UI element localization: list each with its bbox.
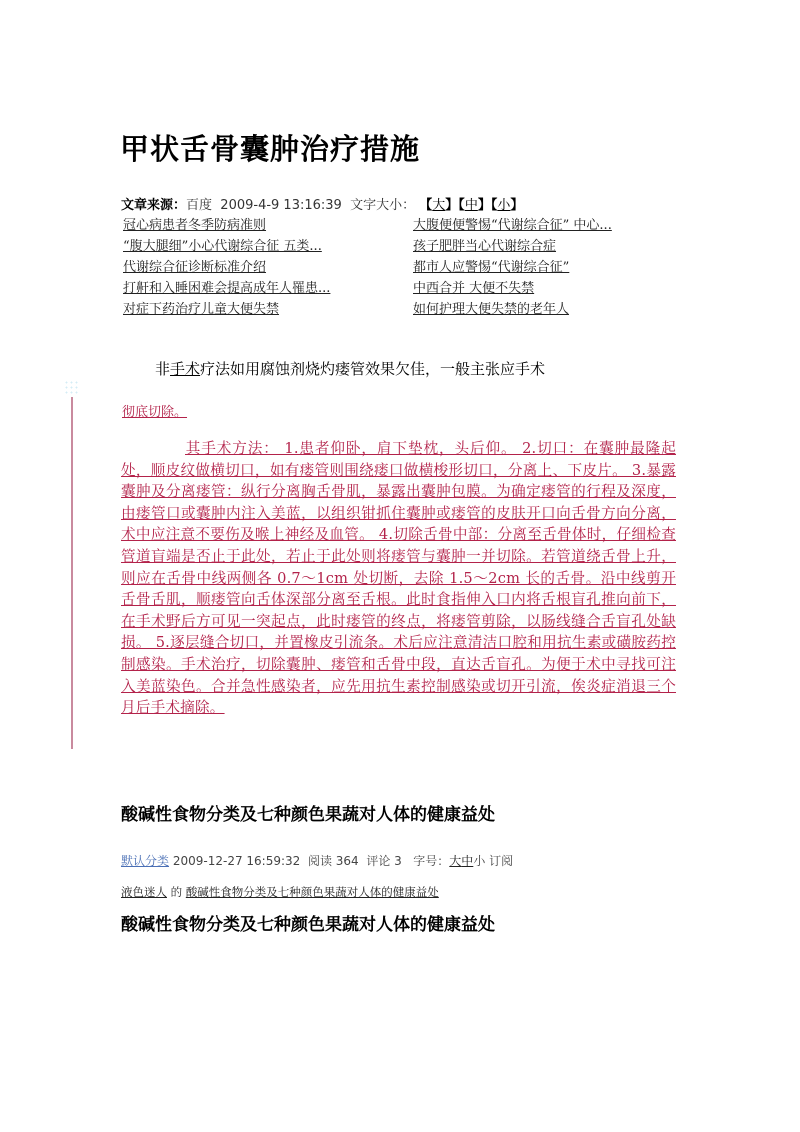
bracket: 】 — [510, 198, 523, 213]
comment-label: 评论 — [366, 854, 390, 868]
source-value: 百度 — [186, 198, 212, 213]
publish-datetime: 2009-4-9 13:16:39 — [220, 198, 342, 213]
related-link[interactable]: 都市人应警惕“代谢综合征” — [413, 257, 643, 278]
font-medium-link[interactable]: 中 — [461, 854, 473, 868]
font-size-large-link[interactable]: 大 — [432, 198, 445, 213]
related-link[interactable]: 代谢综合征诊断标准介绍 — [123, 257, 413, 278]
comment-count: 3 — [394, 854, 402, 868]
author-line: 液色迷人 的 酸碱性食物分类及七种颜色果蔬对人体的健康益处 — [121, 884, 439, 900]
font-small-link[interactable]: 小 — [473, 854, 485, 868]
read-label: 阅读 — [308, 854, 332, 868]
related-link[interactable]: 中西合并 大便不失禁 — [413, 278, 643, 299]
blog-heading-repeat: 酸碱性食物分类及七种颜色果蔬对人体的健康益处 — [121, 910, 495, 935]
bracket: 【 — [419, 198, 432, 213]
font-size-medium-link[interactable]: 中 — [465, 198, 478, 213]
bracket: 】 — [445, 198, 458, 213]
intro-paragraph: 非手术疗法如用腐蚀剂烧灼瘘管效果欠佳，一般主张应手术 — [155, 358, 545, 379]
related-link[interactable]: 如何护理大便失禁的老年人 — [413, 299, 643, 320]
article-meta: 文章来源：百度 2009-4-9 13:16:39 文字大小： 【大】【中】【小… — [121, 194, 523, 213]
category-link[interactable]: 默认分类 — [121, 854, 169, 868]
source-label: 文章来源： — [121, 198, 186, 213]
subscribe-link[interactable]: 订阅 — [489, 854, 513, 868]
font-label: 字号： — [413, 854, 449, 868]
of-text: 的 — [171, 885, 183, 899]
blog-heading: 酸碱性食物分类及七种颜色果蔬对人体的健康益处 — [121, 800, 495, 825]
read-count: 364 — [336, 854, 359, 868]
change-bar — [71, 397, 73, 749]
blog-datetime: 2009-12-27 16:59:32 — [173, 854, 300, 868]
revision-marker-dots — [64, 380, 78, 394]
surgery-link[interactable]: 手术 — [170, 360, 200, 378]
related-link[interactable]: 打鼾和入睡困难会提高成年人罹患... — [123, 278, 413, 299]
tracked-insertion-cutoff: 彻底切除。 — [122, 401, 187, 420]
tracked-insertion-method-paragraph: 其手术方法： 1.患者仰卧，肩下垫枕，头后仰。 2.切口：在囊肿最隆起处，顺皮纹… — [121, 438, 676, 719]
related-link[interactable]: 孩子肥胖当心代谢综合症 — [413, 236, 643, 257]
font-large-link[interactable]: 大 — [449, 854, 461, 868]
related-link[interactable]: 对症下药治疗儿童大便失禁 — [123, 299, 413, 320]
font-size-small-link[interactable]: 小 — [497, 198, 510, 213]
font-size-label: 文字大小： — [350, 198, 415, 213]
intro-text: 疗法如用腐蚀剂烧灼瘘管效果欠佳，一般主张应手术 — [200, 360, 545, 378]
author-link[interactable]: 液色迷人 — [121, 885, 167, 899]
method-text: 其手术方法： 1.患者仰卧，肩下垫枕，头后仰。 2.切口：在囊肿最隆起处，顺皮纹… — [121, 440, 676, 716]
related-link[interactable]: 大腹便便警惕“代谢综合征” 中心... — [413, 215, 643, 236]
blog-meta: 默认分类 2009-12-27 16:59:32 阅读 364 评论 3 字号：… — [121, 852, 513, 869]
related-links: 冠心病患者冬季防病准则 大腹便便警惕“代谢综合征” 中心... “腹大腿细”小心… — [123, 215, 643, 320]
related-link[interactable]: 冠心病患者冬季防病准则 — [123, 215, 413, 236]
bracket: 】 — [478, 198, 491, 213]
intro-text: 非 — [155, 360, 170, 378]
post-title-link[interactable]: 酸碱性食物分类及七种颜色果蔬对人体的健康益处 — [186, 885, 439, 899]
article-title: 甲状舌骨囊肿治疗措施 — [120, 127, 420, 168]
related-link[interactable]: “腹大腿细”小心代谢综合征 五类... — [123, 236, 413, 257]
